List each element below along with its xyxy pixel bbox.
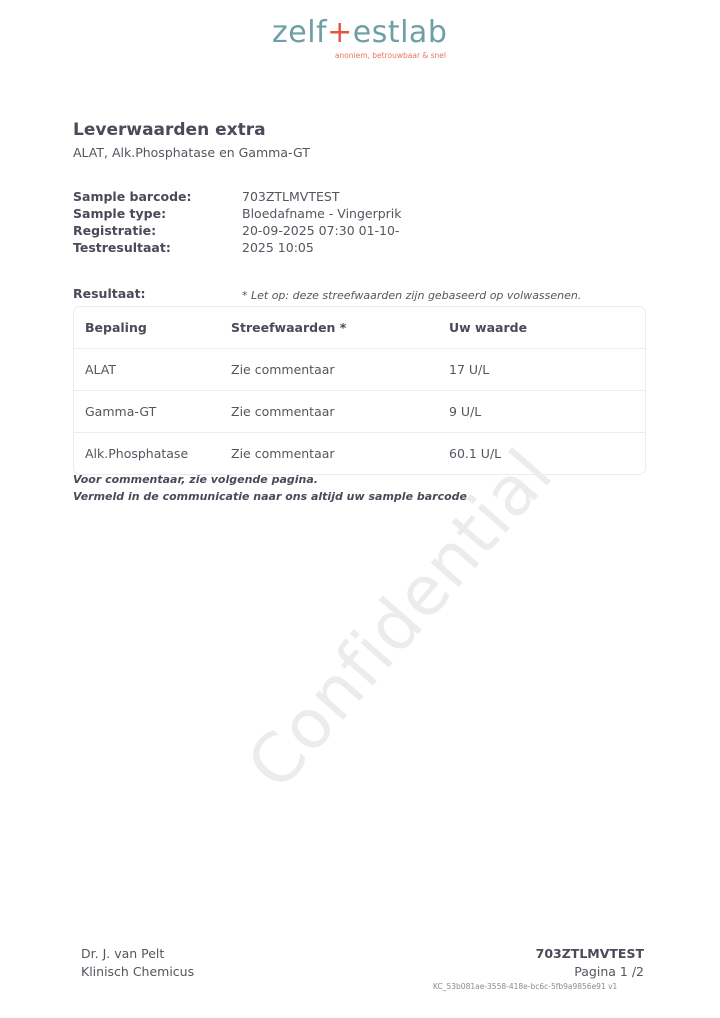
document-subtitle: ALAT, Alk.Phosphatase en Gamma-GT [73,145,310,160]
document-title: Leverwaarden extra [73,120,266,140]
footnotes: Voor commentaar, zie volgende pagina. Ve… [73,471,471,505]
table-row: ALAT Zie commentaar 17 U/L [74,349,645,391]
info-row-barcode: Sample barcode: 703ZTLMVTEST [73,188,433,205]
logo-cross-icon: + [327,15,353,50]
document-id: KC_53b081ae-3558-418e-bc6c-5fb9a9856e91 … [433,982,617,991]
sample-info: Sample barcode: 703ZTLMVTEST Sample type… [73,188,433,256]
cell-uw-waarde: 17 U/L [449,362,645,377]
cell-streefwaarden: Zie commentaar [231,446,449,461]
signatory-name: Dr. J. van Pelt [81,945,194,963]
footer-barcode: 703ZTLMVTEST [536,945,644,963]
table-row: Gamma-GT Zie commentaar 9 U/L [74,391,645,433]
info-row-sample-type: Sample type: Bloedafname - Vingerprik [73,205,433,222]
info-row-registratie: Registratie: 20-09-2025 07:30 01-10- [73,222,433,239]
cell-bepaling: Gamma-GT [74,404,231,419]
info-label: Testresultaat: [73,239,242,256]
info-value: 20-09-2025 07:30 01-10- [242,222,407,239]
signatory-role: Klinisch Chemicus [81,963,194,981]
table-row: Alk.Phosphatase Zie commentaar 60.1 U/L [74,433,645,474]
cell-uw-waarde: 60.1 U/L [449,446,645,461]
info-label: Sample type: [73,205,242,222]
logo-tagline: anoniem, betrouwbaar & snel [335,51,446,60]
cell-bepaling: Alk.Phosphatase [74,446,231,461]
logo-part-estlab: estlab [353,15,448,50]
header-uw-waarde: Uw waarde [449,320,645,335]
cell-uw-waarde: 9 U/L [449,404,645,419]
info-value: 2025 10:05 [242,239,407,256]
cell-bepaling: ALAT [74,362,231,377]
logo-part-zelf: zelf [272,15,327,50]
header-streefwaarden: Streefwaarden * [231,320,449,335]
footnote-barcode: Vermeld in de communicatie naar ons alti… [73,488,471,505]
footnote-commentaar: Voor commentaar, zie volgende pagina. [73,471,471,488]
cell-streefwaarden: Zie commentaar [231,404,449,419]
results-table: Bepaling Streefwaarden * Uw waarde ALAT … [73,306,646,475]
info-label: Sample barcode: [73,188,242,205]
info-value: Bloedafname - Vingerprik [242,205,407,222]
reference-note: * Let op: deze streefwaarden zijn gebase… [242,289,581,302]
header-bepaling: Bepaling [74,320,231,335]
page-number: Pagina 1 /2 [536,963,644,981]
cell-streefwaarden: Zie commentaar [231,362,449,377]
footer-signatory: Dr. J. van Pelt Klinisch Chemicus [81,945,194,981]
info-value: 703ZTLMVTEST [242,188,407,205]
results-label: Resultaat: [73,286,146,301]
info-row-testresultaat: Testresultaat: 2025 10:05 [73,239,433,256]
brand-logo: zelf+estlab anoniem, betrouwbaar & snel [272,16,452,50]
footer-meta: 703ZTLMVTEST Pagina 1 /2 [536,945,644,981]
table-header: Bepaling Streefwaarden * Uw waarde [74,307,645,349]
info-label: Registratie: [73,222,242,239]
logo-wordmark: zelf+estlab [272,16,452,50]
